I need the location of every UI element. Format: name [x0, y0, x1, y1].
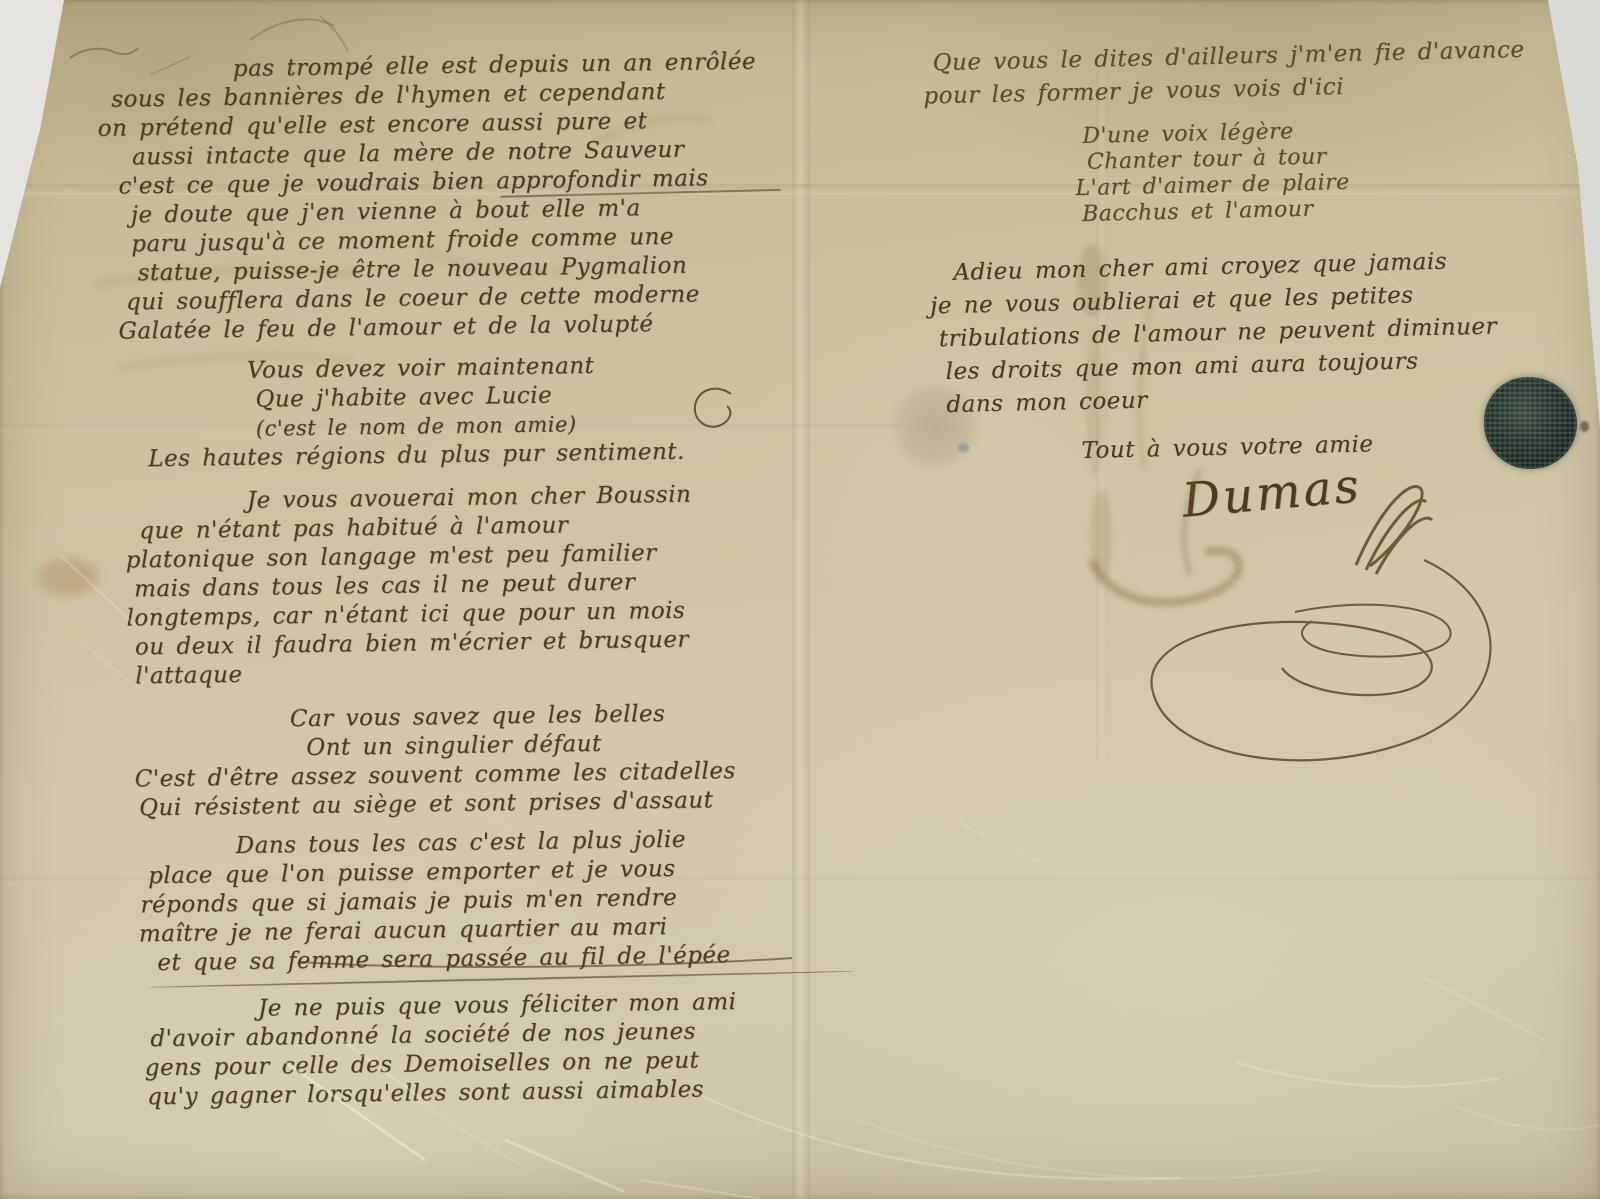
photo-background: pas trompé elle est depuis un an enrôlée… [0, 0, 1600, 1199]
wax-seal [1484, 377, 1577, 469]
ink-stain [1090, 490, 1112, 582]
left-page-text: pas trompé elle est depuis un an enrôlée… [93, 47, 808, 1113]
rust-stain [38, 558, 98, 596]
